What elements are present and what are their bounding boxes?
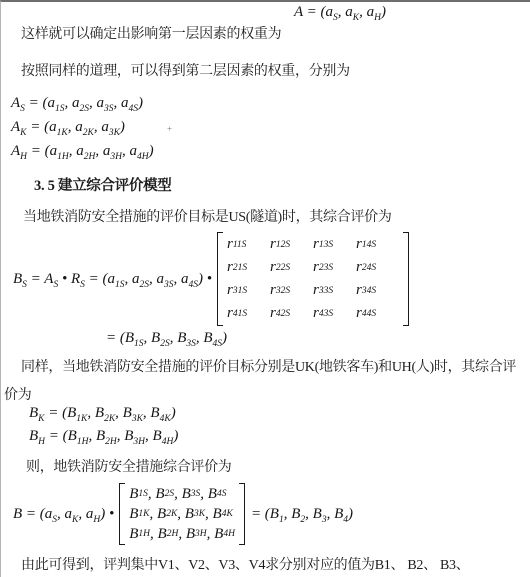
matrix-row: B1K, B2K, B3K, B4K [129, 504, 235, 524]
right-bracket [403, 232, 409, 326]
document-page: A = (aS, aK, aH) 这样就可以确定出影响第一层因素的权重为 按照同… [0, 0, 530, 577]
matrix-cell: r21S [227, 256, 270, 279]
formula-AK: AK = (a1K, a2K, a3K) [11, 119, 125, 136]
formula-B-left: B = (aS, aK, aH) • [13, 506, 114, 523]
matrix-cell: B1H, B2H, B3H, B4H [129, 524, 235, 544]
formula-BS-result: = (B1S, B2S, B3S, B4S) [106, 330, 227, 347]
paragraph-conclusion: 由此可得到，评判集中V1、V2、V3、V4求分别对应的值为B1、 B2、 B3、 [21, 554, 469, 574]
matrix-cell: r11S [227, 233, 270, 256]
formula-B-result: = (B1, B2, B3, B4) [251, 506, 353, 523]
matrix-cell: r22S [270, 256, 313, 279]
matrix-cell: r23S [313, 256, 356, 279]
matrix-cell: r33S [313, 279, 356, 302]
matrix-r: r11Sr12Sr13Sr14Sr21Sr22Sr23Sr24Sr31Sr32S… [223, 232, 403, 326]
formula-AH: AH = (a1H, a2H, a3H, a4H) [11, 143, 154, 160]
matrix-cell: r12S [270, 233, 313, 256]
section-heading: 3. 5 建立综合评价模型 [34, 174, 171, 195]
formula-weights-A: A = (aS, aK, aH) [294, 4, 386, 21]
right-bracket [239, 483, 245, 545]
formula-BS-row: BS = AS • RS = (a1S, a2S, a3S, a4S) • r1… [13, 232, 409, 326]
formula-B-row: B = (aS, aK, aH) • B1S, B2S, B3S, B4SB1K… [13, 483, 358, 545]
matrix-cell: B1S, B2S, B3S, B4S [129, 484, 226, 504]
matrix-row: r41Sr42Sr43Sr44S [227, 302, 399, 325]
matrix-row: r11Sr12Sr13Sr14S [227, 233, 399, 256]
paragraph-us-tunnel-eval: 当地铁消防安全措施的评价目标是US(隧道)时，其综合评价为 [23, 206, 392, 226]
matrix-cell: r14S [356, 233, 399, 256]
formula-BS-left: BS = AS • RS = (a1S, a2S, a3S, a4S) • [13, 271, 212, 288]
matrix-row: B1S, B2S, B3S, B4S [129, 484, 235, 504]
matrix-cell: r32S [270, 279, 313, 302]
paragraph-overall-eval-intro: 则，地铁消防安全措施综合评价为 [26, 456, 232, 476]
matrix-cell: r44S [356, 302, 399, 325]
formula-BH: BH = (B1H, B2H, B3H, B4H) [29, 428, 178, 445]
matrix-cell: r24S [356, 256, 399, 279]
stray-mark: + [167, 124, 172, 134]
matrix-cell: r13S [313, 233, 356, 256]
matrix-b: B1S, B2S, B3S, B4SB1K, B2K, B3K, B4KB1H,… [125, 483, 239, 545]
formula-AS: AS = (a1S, a2S, a3S, a4S) [11, 95, 143, 112]
paragraph-uk-uh-line2: 价为 [4, 384, 31, 404]
paragraph-level2-weights: 按照同样的道理，可以得到第二层因素的权重，分别为 [21, 60, 350, 80]
paragraph-level1-weights: 这样就可以确定出影响第一层因素的权重为 [21, 23, 281, 43]
matrix-row: r31Sr32Sr33Sr34S [227, 279, 399, 302]
formula-BK: BK = (B1K, B2K, B3K, B4K) [29, 405, 176, 422]
matrix-cell: r41S [227, 302, 270, 325]
paragraph-uk-uh-line1: 同样，当地铁消防安全措施的评价目标分别是UK(地铁客车)和UH(人)时，其综合评 [21, 356, 516, 376]
matrix-cell: r31S [227, 279, 270, 302]
matrix-cell: r42S [270, 302, 313, 325]
matrix-row: r21Sr22Sr23Sr24S [227, 256, 399, 279]
matrix-cell: B1K, B2K, B3K, B4K [129, 504, 233, 524]
matrix-cell: r34S [356, 279, 399, 302]
matrix-cell: r43S [313, 302, 356, 325]
matrix-row: B1H, B2H, B3H, B4H [129, 524, 235, 544]
